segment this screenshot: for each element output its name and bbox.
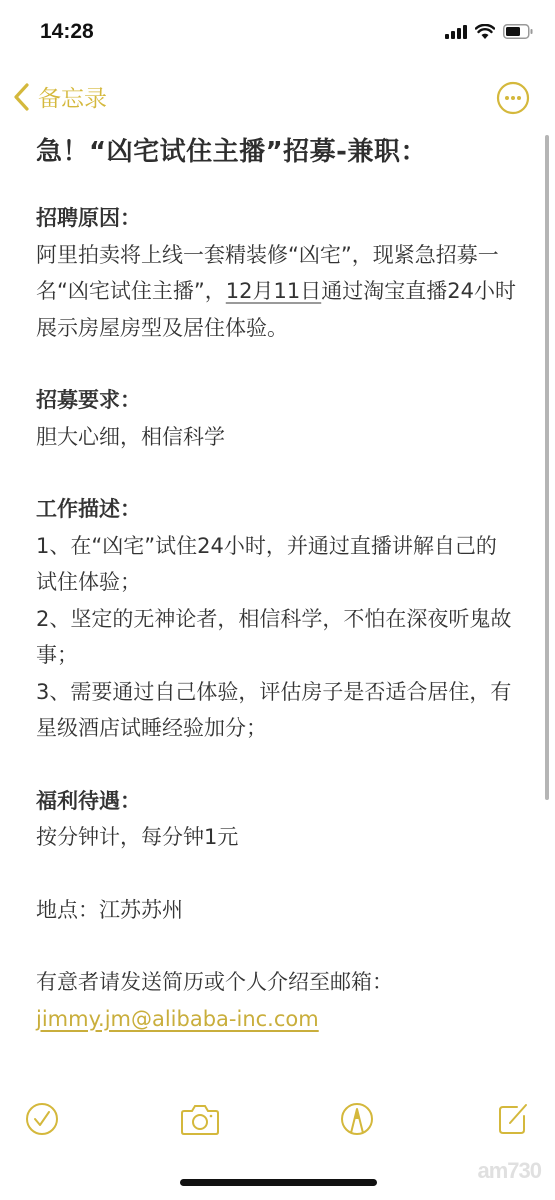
compose-button[interactable] [493, 1099, 533, 1139]
note-content[interactable]: 急！“凶宅试住主播”招募-兼职： 招聘原因： 阿里拍卖将上线一套精装修“凶宅”，… [36, 132, 516, 1073]
chevron-left-icon [12, 82, 32, 112]
watermark-logo: am730 [477, 1158, 541, 1184]
checklist-button[interactable] [22, 1099, 62, 1139]
paragraph: 阿里拍卖将上线一套精装修“凶宅”，现紧急招募一名“凶宅试住主播”，12月11日通… [36, 237, 516, 347]
note-body: 招聘原因： 阿里拍卖将上线一套精装修“凶宅”，现紧急招募一名“凶宅试住主播”，1… [36, 200, 516, 1037]
signal-icon [445, 25, 467, 39]
section-heading: 工作描述： [36, 491, 516, 528]
note-title: 急！“凶宅试住主播”招募-兼职： [36, 132, 516, 172]
scrollbar[interactable] [545, 135, 549, 800]
email-link[interactable]: jimmy.jm@alibaba-inc.com [36, 1007, 319, 1031]
section-heading: 招聘原因： [36, 200, 516, 237]
paragraph: 胆大心细，相信科学 [36, 419, 516, 456]
more-button[interactable] [496, 81, 530, 115]
wifi-icon [475, 24, 495, 39]
markup-icon [337, 1099, 377, 1139]
ellipsis-circle-icon [496, 81, 530, 115]
paragraph: 按分钟计，每分钟1元 [36, 819, 516, 856]
status-time: 14:28 [40, 20, 94, 44]
section-reason: 招聘原因： 阿里拍卖将上线一套精装修“凶宅”，现紧急招募一名“凶宅试住主播”，1… [36, 200, 516, 346]
nav-bar: 备忘录 [0, 76, 555, 122]
section-contact: 有意者请发送简历或个人介绍至邮箱： jimmy.jm@alibaba-inc.c… [36, 964, 516, 1037]
contact-text: 有意者请发送简历或个人介绍至邮箱： [36, 964, 516, 1001]
list-item: 2、坚定的无神论者，相信科学，不怕在深夜听鬼故事； [36, 601, 516, 674]
section-job-description: 工作描述： 1、在“凶宅”试住24小时，并通过直播讲解自己的试住体验； 2、坚定… [36, 491, 516, 747]
status-icons [445, 24, 533, 39]
section-heading: 福利待遇： [36, 783, 516, 820]
section-requirements: 招募要求： 胆大心细，相信科学 [36, 382, 516, 455]
bottom-toolbar [0, 1095, 555, 1145]
status-bar: 14:28 [0, 0, 555, 70]
list-item: 3、需要通过自己体验，评估房子是否适合居住，有星级酒店试睡经验加分； [36, 674, 516, 747]
back-label: 备忘录 [38, 80, 107, 113]
compose-icon [493, 1099, 533, 1139]
section-location: 地点：江苏苏州 [36, 892, 516, 929]
location-text: 地点：江苏苏州 [36, 892, 516, 929]
back-button[interactable]: 备忘录 [12, 80, 107, 113]
date-link[interactable]: 12月11日 [226, 279, 321, 303]
camera-button[interactable] [179, 1099, 219, 1139]
home-indicator[interactable] [180, 1179, 377, 1186]
section-benefits: 福利待遇： 按分钟计，每分钟1元 [36, 783, 516, 856]
list-item: 1、在“凶宅”试住24小时，并通过直播讲解自己的试住体验； [36, 528, 516, 601]
section-heading: 招募要求： [36, 382, 516, 419]
camera-icon [179, 1099, 221, 1139]
markup-button[interactable] [337, 1099, 377, 1139]
battery-icon [503, 24, 533, 39]
checklist-icon [22, 1099, 62, 1139]
